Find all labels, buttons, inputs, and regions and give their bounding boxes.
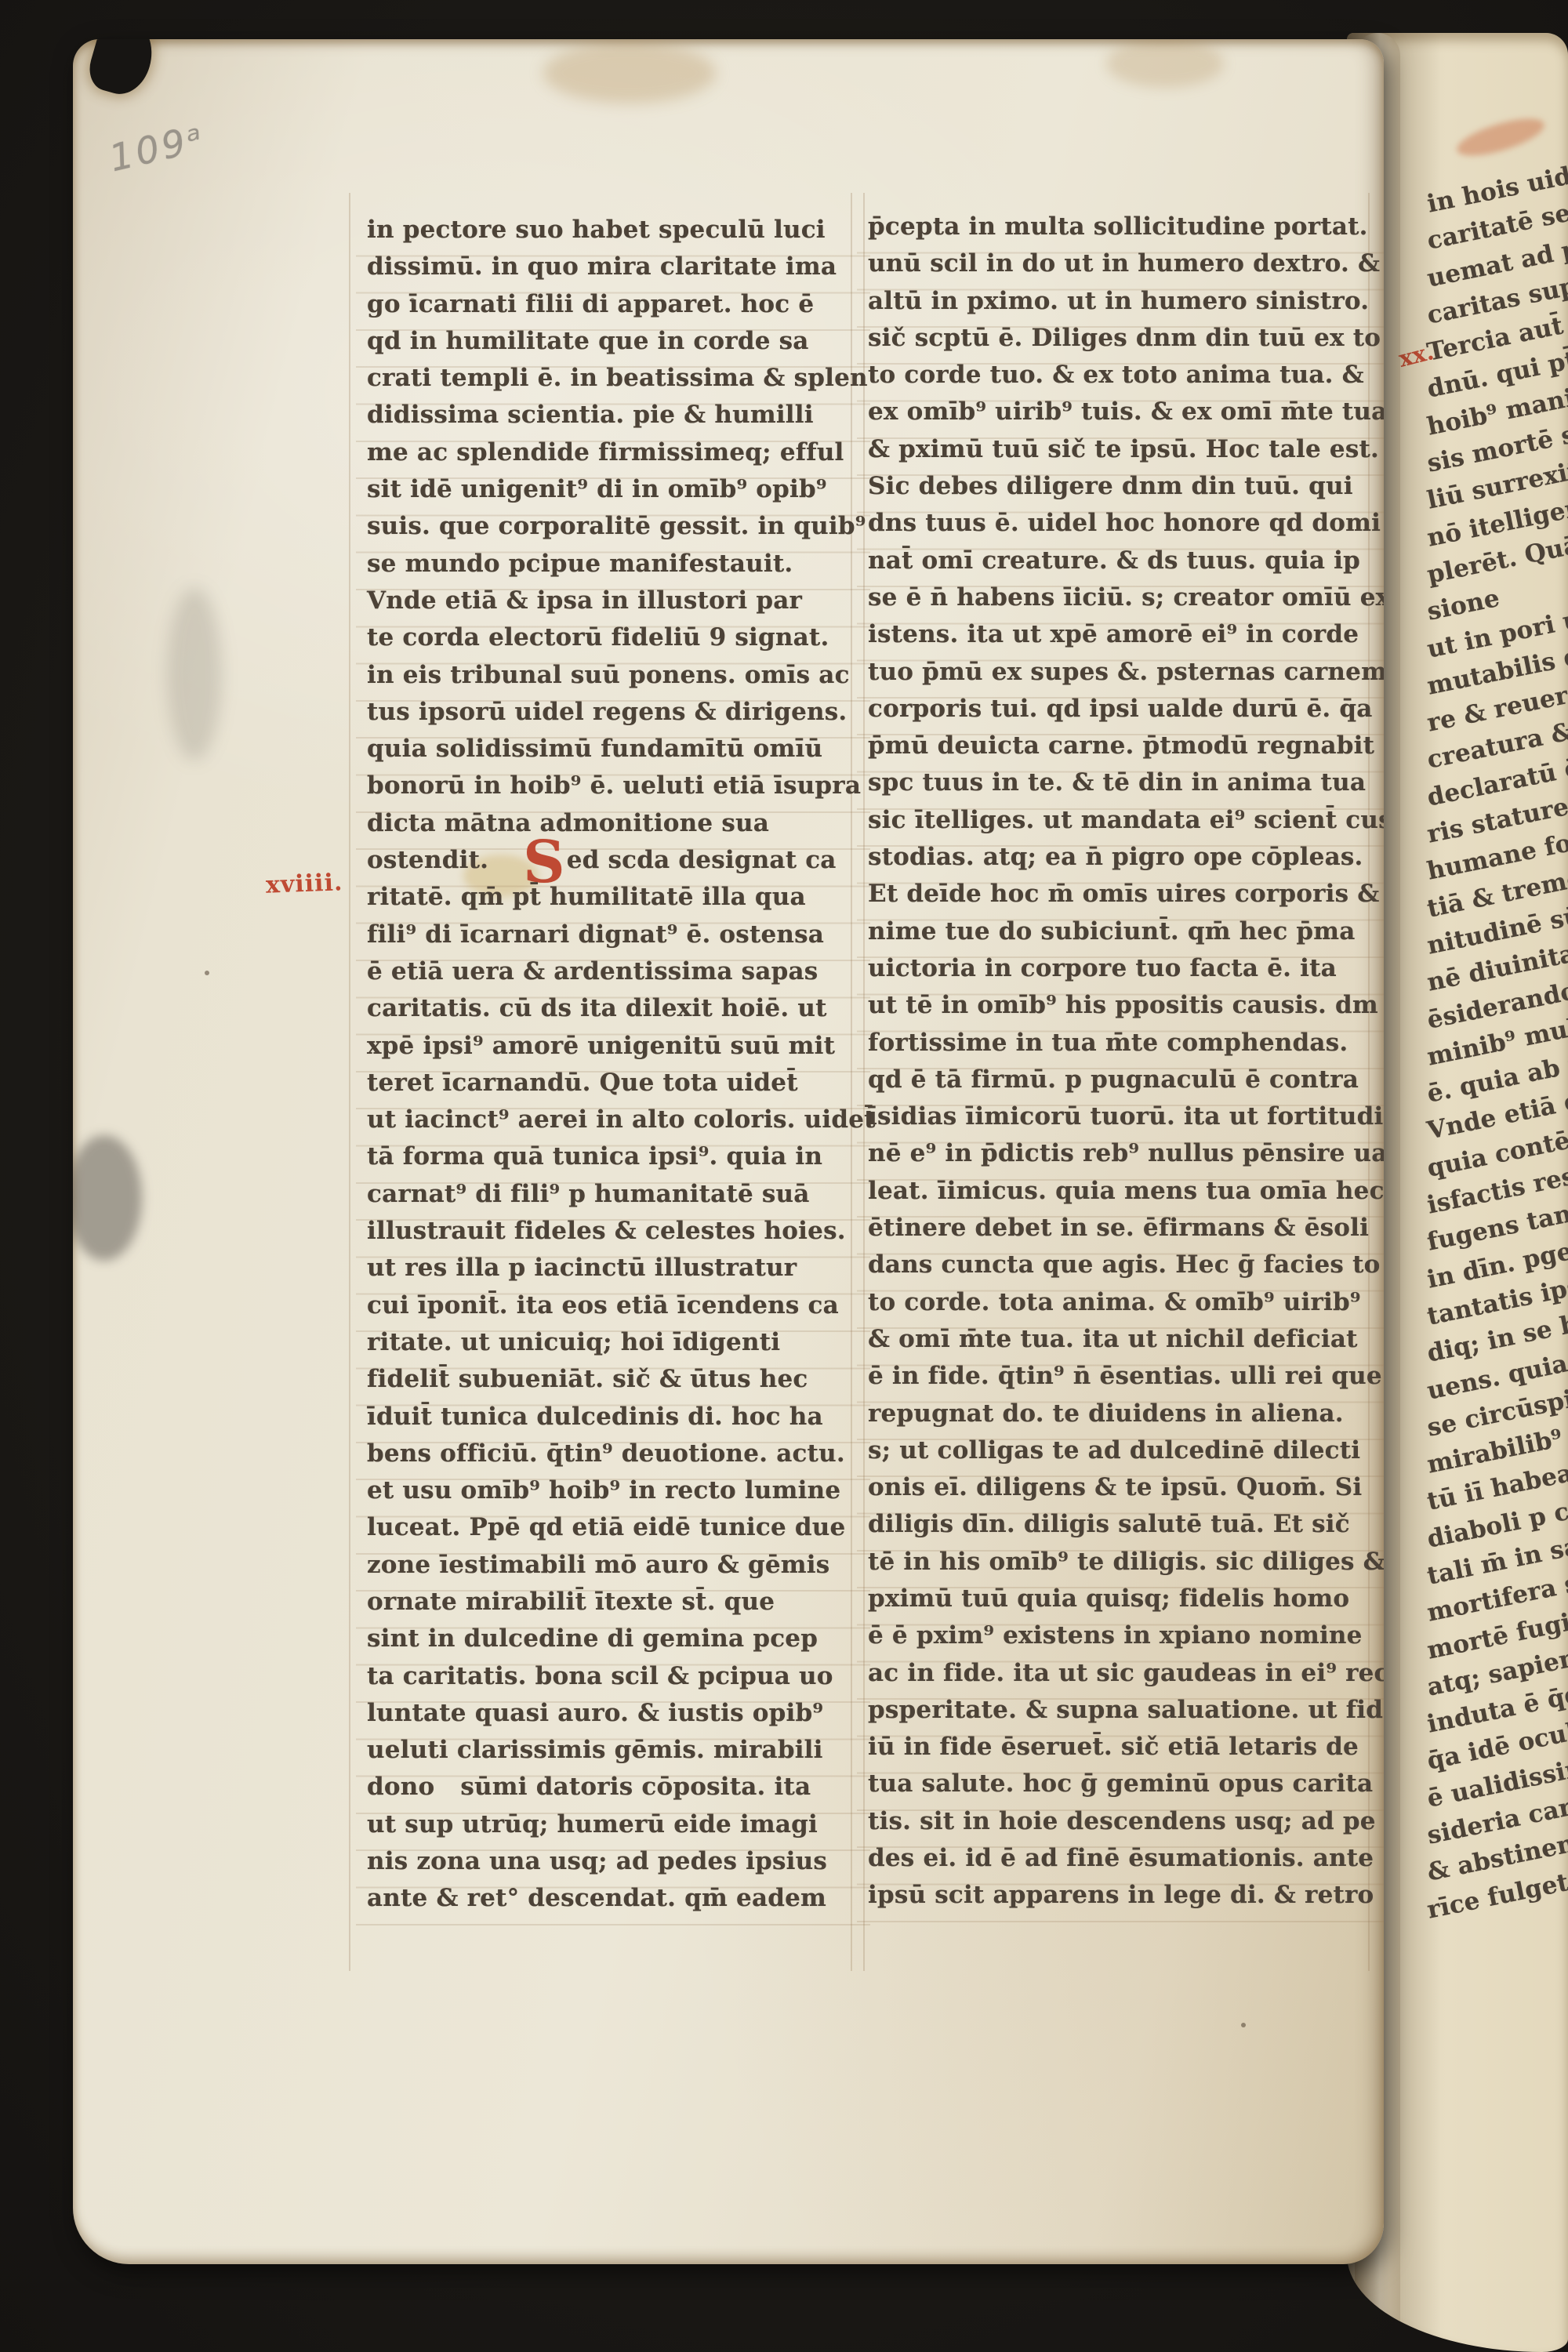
chapter-number-rubric: xviiii. (265, 869, 343, 898)
manuscript-line: fortissime in tua m̄te comphendas. (868, 1025, 1377, 1062)
manuscript-line: in pectore suo habet speculū luci (367, 212, 853, 249)
text-column-right: p̄cepta in multa sollicitudine portat.un… (868, 209, 1377, 1915)
manuscript-line: ē in fide. q̄tin⁹ n̄ ēsentias. ulli rei … (868, 1358, 1377, 1395)
manuscript-line: pximū tuū quia quisq; fidelis homo (868, 1581, 1377, 1617)
manuscript-line: stodias. atq; ea n̄ pigro ope cōpleas. (868, 839, 1377, 876)
manuscript-line: carnat⁹ di fili⁹ p humanitatē suā (367, 1176, 853, 1213)
ruling-line (349, 193, 350, 1971)
manuscript-line: ta caritatis. bona scil & pcipua uo (367, 1658, 853, 1695)
next-page-text-column: in hois uidel subuecaritatē sectet. q̄tu… (1428, 187, 1568, 1929)
manuscript-line: Sic debes diligere dnm din tuū. qui (868, 468, 1377, 505)
manuscript-line: & pximū tuū sič te ipsū. Hoc tale est. (868, 431, 1377, 468)
manuscript-line: sic ītelliges. ut mandata ei⁹ scient̄ cu… (868, 802, 1377, 839)
manuscript-line: ex omīb⁹ uirib⁹ tuis. & ex omī m̄te tua (868, 394, 1377, 430)
manuscript-line: ornate mirabilit̄ ītexte st̄. que (367, 1584, 853, 1621)
manuscript-line: te corda electorū fideliū 9 signat. (367, 619, 853, 656)
manuscript-line: iū in fide ēseruet̄. sič etiā letaris de (868, 1729, 1377, 1766)
manuscript-line: tua salute. hoc ḡ geminū opus carita (868, 1766, 1377, 1802)
folio-number: 109ᵃ (105, 117, 209, 181)
manuscript-line: fidelit̄ subueniāt. sič & ūtus hec (367, 1361, 853, 1398)
manuscript-line: cui īponit̄. ita eos etiā īcendens ca (367, 1287, 853, 1324)
manuscript-line: se ē n̄ habens īiciū. s; creator omīū ex (868, 579, 1377, 616)
manuscript-line: didissima scientia. pie & humilli (367, 397, 853, 434)
manuscript-line: istens. ita ut xpē amorē ei⁹ in corde (868, 616, 1377, 653)
manuscript-line: tā forma quā tunica ipsi⁹. quia in (367, 1138, 853, 1175)
manuscript-line: et usu omīb⁹ hoib⁹ in recto lumine (367, 1472, 853, 1509)
manuscript-line: zone īestimabili mō auro & gēmis (367, 1547, 853, 1584)
manuscript-line: dans cuncta que agis. Hec ḡ facies to (868, 1247, 1377, 1283)
fleck (205, 971, 209, 975)
manuscript-line: dissimū. in quo mira claritate ima (367, 249, 853, 285)
manuscript-line: bens officiū. q̄tin⁹ deuotione. actu. (367, 1436, 853, 1472)
manuscript-line: p̄mū deuicta carne. p̄tmodū regnabit (868, 728, 1377, 764)
manuscript-line: & omī m̄te tua. ita ut nichil deficiat (868, 1321, 1377, 1358)
manuscript-line: sit idē unigenit⁹ di in omīb⁹ opib⁹ (367, 471, 853, 508)
manuscript-line: caritatis. cū ds ita dilexit hoiē. ut (367, 990, 853, 1027)
manuscript-line: suis. que corporalitē gessit. in quib⁹ (367, 508, 853, 545)
manuscript-line: luceat. Ppē qd etiā eidē tunice due (367, 1509, 853, 1546)
manuscript-line: ut tē in omīb⁹ his ppositis causis. dm (868, 987, 1377, 1024)
manuscript-line: ritatē. qm̄ pt̄ humilitatē illa qua (367, 879, 853, 916)
manuscript-line: altū in pximo. ut in humero sinistro. (868, 283, 1377, 320)
manuscript-line: ē ē pxim⁹ existens in xpiano nomine (868, 1617, 1377, 1654)
manuscript-line: ut iacinct⁹ aerei in alto coloris. uidet… (367, 1102, 853, 1138)
manuscript-line: tis. sit in hoie descendens usq; ad pe (868, 1803, 1377, 1840)
manuscript-page: 109ᵃ xviiii. in pectore suo habet specul… (73, 39, 1384, 2264)
manuscript-line: go īcarnati filii di apparet. hoc ē (367, 286, 853, 323)
manuscript-line: dns tuus ē. uidel hoc honore qd domi (868, 505, 1377, 542)
manuscript-line: repugnat do. te diuidens in aliena. (868, 1396, 1377, 1432)
manuscript-line: sint in dulcedine di gemina pcep (367, 1621, 853, 1657)
manuscript-line: ipsū scit apparens in lege di. & retro (868, 1877, 1377, 1914)
manuscript-line: spc tuus in te. & tē din in anima tua (868, 764, 1377, 801)
red-smudge-stain (1454, 111, 1548, 163)
manuscript-line: qd ē tā firmū. p pugnaculū ē contra (868, 1062, 1377, 1098)
manuscript-line: tuo p̄mū ex supes &. psternas carnem (868, 654, 1377, 691)
manuscript-line: qd in humilitate que in corde sa (367, 323, 853, 360)
manuscript-line: nis zona una usq; ad pedes ipsius (367, 1843, 853, 1880)
manuscript-line: ueluti clarissimis gēmis. mirabili (367, 1732, 853, 1769)
manuscript-line: teret īcarnandū. Que tota uidet̄ (367, 1065, 853, 1102)
stain (73, 1135, 142, 1261)
manuscript-line: dono sūmi datoris cōposita. ita (367, 1769, 853, 1806)
manuscript-line: bonorū in hoib⁹ ē. ueluti etiā īsupra (367, 768, 853, 804)
manuscript-line: dicta mātna admonitione sua (367, 805, 853, 842)
manuscript-line: Et deīde hoc m̄ omīs uires corporis & a (868, 876, 1377, 913)
manuscript-line: Vnde etiā & ipsa in illustori par (367, 583, 853, 619)
stain (167, 588, 222, 760)
manuscript-line: des ei. id ē ad finē ēsumationis. ante (868, 1840, 1377, 1877)
manuscript-line: s; ut colligas te ad dulcedinē dilecti (868, 1432, 1377, 1469)
stain (1106, 39, 1224, 88)
manuscript-line: luntate quasi auro. & iustis opib⁹ (367, 1695, 853, 1732)
manuscript-line: ante & ret° descendat. qm̄ eadem (367, 1880, 853, 1917)
manuscript-line: me ac splendide firmissimeq; efful (367, 434, 853, 471)
manuscript-line: in eis tribunal suū ponens. omīs ac (367, 657, 853, 694)
manuscript-line: nē e⁹ in p̄dictis reb⁹ nullus pēnsire ua (868, 1135, 1377, 1172)
manuscript-line: psperitate. & supna saluatione. ut fide (868, 1692, 1377, 1729)
manuscript-line: tē in his omīb⁹ te diligis. sic diliges … (868, 1544, 1377, 1581)
manuscript-line: illustrauit fideles & celestes hoies. (367, 1213, 853, 1250)
manuscript-line: īduit̄ tunica dulcedinis di. hoc ha (367, 1399, 853, 1436)
manuscript-line: unū scil in do ut in humero dextro. & (868, 245, 1377, 282)
manuscript-line: to corde tuo. & ex toto anima tua. & (868, 357, 1377, 394)
line-text: ed scda designat ca (567, 846, 837, 874)
manuscript-line: se mundo pcipue manifestauit. (367, 546, 853, 583)
manuscript-line: xpē ipsi⁹ amorē unigenitū suū mit (367, 1028, 853, 1065)
manuscript-line: corporis tui. qd ipsi ualde durū ē. q̄a (868, 691, 1377, 728)
manuscript-line: ētinere debet in se. ēfirmans & ēsoli (868, 1210, 1377, 1247)
ruling-line (863, 193, 865, 1971)
manuscript-line: quia solidissimū fundamītū omīū (367, 731, 853, 768)
manuscript-line: ritate. ut unicuiq; hoi īdigenti (367, 1324, 853, 1361)
manuscript-line: ostendit.Sed scda designat ca (367, 842, 853, 879)
manuscript-line: p̄cepta in multa sollicitudine portat. (868, 209, 1377, 245)
manuscript-line: diligis dīn. diligis salutē tuā. Et sič (868, 1506, 1377, 1543)
manuscript-line: īsidias īimicorū tuorū. ita ut fortitudi (868, 1098, 1377, 1135)
manuscript-line: ac in fide. ita ut sic gaudeas in ei⁹ re… (868, 1655, 1377, 1692)
manuscript-line: onis eī. diligens & te ipsū. Quom̄. Si (868, 1469, 1377, 1506)
stain (543, 42, 716, 103)
torn-edge-notch (84, 39, 161, 100)
text-column-left: in pectore suo habet speculū lucidissimū… (367, 212, 853, 1918)
manuscript-line: nime tue do subiciunt̄. qm̄ hec p̄ma (868, 913, 1377, 950)
manuscript-line: ut sup utrūq; humerū eide imagi (367, 1806, 853, 1843)
manuscript-line: crati templi ē. in beatissima & splen (367, 360, 853, 397)
manuscript-line: tus ipsorū uidel regens & dirigens. (367, 694, 853, 731)
fleck (1241, 2023, 1246, 2027)
manuscript-line: leat. īimicus. quia mens tua omīa hec (868, 1173, 1377, 1210)
line-text: ostendit. (367, 846, 488, 874)
manuscript-line: ut res illa p iacinctū illustratur (367, 1250, 853, 1287)
manuscript-line: fili⁹ di īcarnari dignat⁹ ē. ostensa (367, 916, 853, 953)
manuscript-line: nat̄ omī creature. & ds tuus. quia ip (868, 543, 1377, 579)
manuscript-line: uictoria in corpore tuo facta ē. ita (868, 950, 1377, 987)
manuscript-line: ē etiā uera & ardentissima sapas (367, 953, 853, 990)
manuscript-line: sič scptū ē. Diliges dnm din tuū ex to (868, 320, 1377, 357)
manuscript-line: to corde. tota anima. & omīb⁹ uirib⁹ (868, 1284, 1377, 1321)
